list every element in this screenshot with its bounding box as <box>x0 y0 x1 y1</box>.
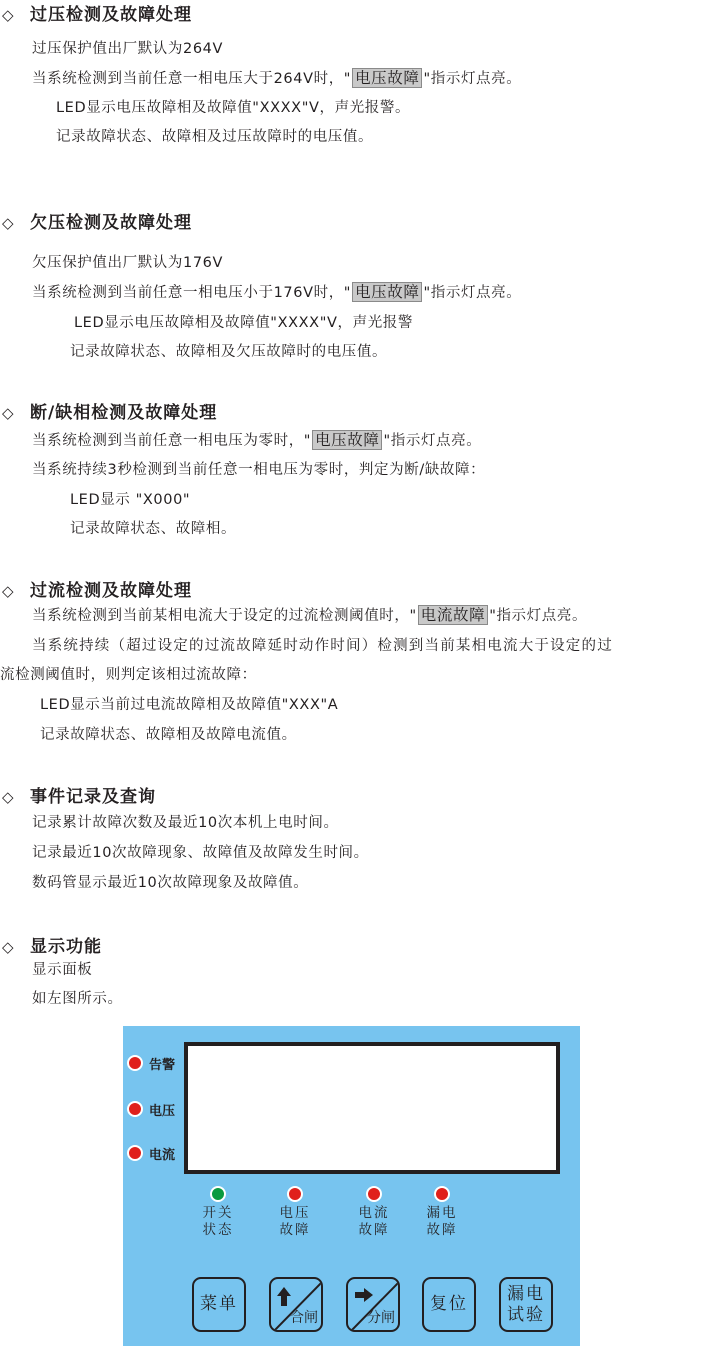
heading-text: 断/缺相检测及故障处理 <box>30 403 217 423</box>
label-line: 状态 <box>198 1222 238 1239</box>
alarm-led-icon <box>127 1055 143 1071</box>
text-segment: 当系统检测到当前任意一相电压小于176V时，" <box>32 285 351 301</box>
text-segment: 当系统检测到当前任意一相电压大于264V时，" <box>32 71 351 87</box>
button-sub-label: 分闸 <box>367 1308 395 1329</box>
text-line: 当系统持续3秒检测到当前任意一相电压为零时，判定为断/缺故障： <box>32 458 485 479</box>
indicator-highlight: 电流故障 <box>418 605 488 625</box>
label-line: 开关 <box>198 1205 238 1222</box>
text-segment: "指示灯点亮。 <box>489 608 587 624</box>
text-line: LED显示电压故障相及故障值"XXXX"V，声光报警 <box>74 311 413 332</box>
heading-text: 事件记录及查询 <box>30 787 156 807</box>
text-line: 欠压保护值出厂默认为176V <box>32 251 223 272</box>
button-label: 复位 <box>430 1294 468 1315</box>
lcd-screen <box>184 1042 560 1174</box>
label-line: 故障 <box>354 1222 394 1239</box>
heading-text: 过流检测及故障处理 <box>30 581 192 601</box>
alarm-label: 告警 <box>149 1054 175 1073</box>
open-switch-right-button[interactable]: 分闸 <box>346 1277 400 1332</box>
text-line: 当系统检测到当前任意一相电压小于176V时，"电压故障"指示灯点亮。 <box>32 280 521 302</box>
text-segment: "指示灯点亮。 <box>423 285 521 301</box>
text-segment: 当系统检测到当前某相电流大于设定的过流检测阈值时，" <box>32 608 417 624</box>
indicator-highlight: 电压故障 <box>312 430 382 450</box>
text-line: 记录最近10次故障现象、故障值及故障发生时间。 <box>32 841 369 862</box>
text-line: 当系统持续（超过设定的过流故障延时动作时间）检测到当前某相电流大于设定的过 <box>32 634 613 655</box>
voltage-fault-led-icon <box>287 1186 303 1202</box>
indicator-highlight: 电压故障 <box>352 68 422 88</box>
current-fault-label: 电流 故障 <box>354 1205 394 1239</box>
close-switch-up-button[interactable]: 合闸 <box>269 1277 323 1332</box>
text-line: 记录故障状态、故障相。 <box>70 517 236 538</box>
text-line: 当系统检测到当前任意一相电压大于264V时，"电压故障"指示灯点亮。 <box>32 66 521 88</box>
diamond-bullet-icon: ◇ <box>2 582 30 600</box>
heading-text: 欠压检测及故障处理 <box>30 213 192 233</box>
button-label-line: 漏电 <box>507 1284 545 1305</box>
text-line: 当系统检测到当前某相电流大于设定的过流检测阈值时，"电流故障"指示灯点亮。 <box>32 603 587 625</box>
text-line: LED显示当前过电流故障相及故障值"XXX"A <box>40 693 338 714</box>
text-segment: "指示灯点亮。 <box>423 71 521 87</box>
text-line: 记录故障状态、故障相及欠压故障时的电压值。 <box>70 340 387 361</box>
text-line: LED显示电压故障相及故障值"XXXX"V，声光报警。 <box>56 96 410 117</box>
display-panel: 告警 电压 电流 开关 状态 电压 故障 电流 故障 漏电 故障 菜单 合闸 <box>123 1026 580 1346</box>
section-heading-display: ◇显示功能 <box>2 932 102 957</box>
leakage-fault-led-icon <box>434 1186 450 1202</box>
text-line: LED显示 "X000" <box>70 488 190 509</box>
section-heading-undervoltage: ◇欠压检测及故障处理 <box>2 208 192 233</box>
button-label: 菜单 <box>200 1294 238 1315</box>
reset-button[interactable]: 复位 <box>422 1277 476 1332</box>
text-segment: "指示灯点亮。 <box>383 433 481 449</box>
label-line: 电流 <box>354 1205 394 1222</box>
heading-text: 过压检测及故障处理 <box>30 5 192 25</box>
section-heading-overvoltage: ◇过压检测及故障处理 <box>2 0 192 25</box>
leakage-test-button[interactable]: 漏电 试验 <box>499 1277 553 1332</box>
label-line: 漏电 <box>422 1205 462 1222</box>
text-line: 记录累计故障次数及最近10次本机上电时间。 <box>32 811 339 832</box>
button-label-line: 试验 <box>507 1305 545 1326</box>
voltage-label: 电压 <box>149 1100 175 1119</box>
menu-button[interactable]: 菜单 <box>192 1277 246 1332</box>
diamond-bullet-icon: ◇ <box>2 6 30 24</box>
current-label: 电流 <box>149 1144 175 1163</box>
indicator-highlight: 电压故障 <box>352 282 422 302</box>
leakage-fault-label: 漏电 故障 <box>422 1205 462 1239</box>
section-heading-overcurrent: ◇过流检测及故障处理 <box>2 576 192 601</box>
text-line: 流检测阈值时，则判定该相过流故障： <box>0 663 257 684</box>
diamond-bullet-icon: ◇ <box>2 788 30 806</box>
text-line: 过压保护值出厂默认为264V <box>32 37 223 58</box>
heading-text: 显示功能 <box>30 937 102 957</box>
diamond-bullet-icon: ◇ <box>2 214 30 232</box>
label-line: 故障 <box>275 1222 315 1239</box>
section-heading-phase-loss: ◇断/缺相检测及故障处理 <box>2 398 217 423</box>
text-line: 当系统检测到当前任意一相电压为零时，"电压故障"指示灯点亮。 <box>32 428 481 450</box>
switch-status-label: 开关 状态 <box>198 1205 238 1239</box>
label-line: 故障 <box>422 1222 462 1239</box>
voltage-fault-label: 电压 故障 <box>275 1205 315 1239</box>
diamond-bullet-icon: ◇ <box>2 404 30 422</box>
text-line: 数码管显示最近10次故障现象及故障值。 <box>32 871 308 892</box>
text-line: 显示面板 <box>32 958 92 979</box>
current-fault-led-icon <box>366 1186 382 1202</box>
button-sub-label: 合闸 <box>290 1308 318 1329</box>
section-heading-event-log: ◇事件记录及查询 <box>2 782 156 807</box>
text-line: 记录故障状态、故障相及故障电流值。 <box>40 723 297 744</box>
diamond-bullet-icon: ◇ <box>2 938 30 956</box>
switch-status-led-icon <box>210 1186 226 1202</box>
current-led-icon <box>127 1145 143 1161</box>
text-line: 记录故障状态、故障相及过压故障时的电压值。 <box>56 125 373 146</box>
text-line: 如左图所示。 <box>32 987 123 1008</box>
voltage-led-icon <box>127 1101 143 1117</box>
label-line: 电压 <box>275 1205 315 1222</box>
text-segment: 当系统检测到当前任意一相电压为零时，" <box>32 433 311 449</box>
